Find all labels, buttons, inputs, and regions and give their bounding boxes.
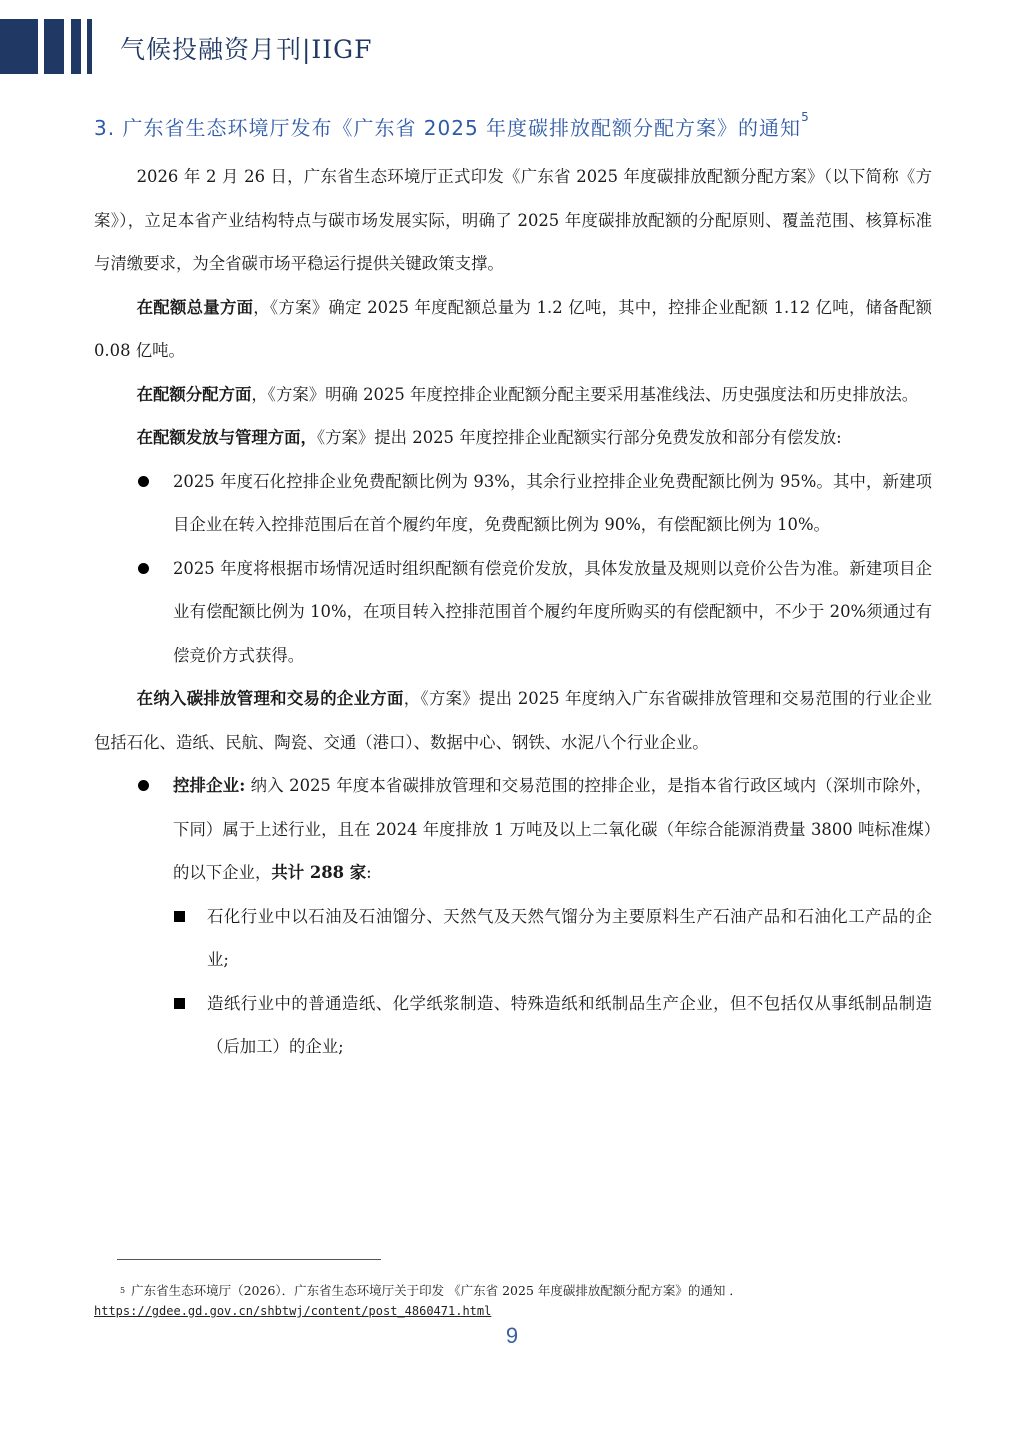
bullet-dot-icon — [138, 780, 149, 791]
issuance-bullet-2: 2025 年度将根据市场情况适时组织配额有偿竞价发放，具体发放量及规则以竞价公告… — [94, 547, 932, 678]
footnote: 5广东省生态环境厅（2026）．广东省生态环境厅关于印发 《广东省 2025 年… — [94, 1281, 934, 1321]
allocation-lead: 在配额分配方面 — [137, 385, 252, 404]
footnote-text: 广东省生态环境厅（2026）．广东省生态环境厅关于印发 《广东省 2025 年度… — [131, 1283, 742, 1298]
logo-bar-2 — [44, 19, 64, 74]
article-body: 2026 年 2 月 26 日，广东省生态环境厅正式印发《广东省 2025 年度… — [94, 155, 932, 1069]
scope-lead: 在纳入碳排放管理和交易的企业方面 — [137, 689, 404, 708]
issuance-bullet-1: 2025 年度石化控排企业免费配额比例为 93%，其余行业控排企业免费配额比例为… — [94, 460, 932, 547]
logo-bar-1 — [0, 19, 38, 74]
footnote-mark: 5 — [120, 1286, 125, 1295]
logo-bar-4 — [87, 19, 92, 74]
total-paragraph: 在配额总量方面，《方案》确定 2025 年度配额总量为 1.2 亿吨，其中，控排… — [94, 286, 932, 373]
sub-item-text: 石化行业中以石油及石油馏分、天然气及天然气馏分为主要原料生产石油产品和石油化工产… — [207, 907, 932, 970]
bullet-dot-icon — [138, 476, 149, 487]
bullet-dot-icon — [138, 563, 149, 574]
allocation-paragraph: 在配额分配方面，《方案》明确 2025 年度控排企业配额分配主要采用基准线法、历… — [94, 373, 932, 417]
section-title: 3. 广东省生态环境厅发布《广东省 2025 年度碳排放配额分配方案》的通知5 — [94, 112, 810, 141]
bullet-text: 2025 年度将根据市场情况适时组织配额有偿竞价发放，具体发放量及规则以竞价公告… — [173, 559, 932, 665]
issuance-body: 《方案》提出 2025 年度控排企业配额实行部分免费发放和部分有偿发放: — [317, 428, 842, 447]
square-bullet-icon — [174, 998, 185, 1009]
header-title: 气候投融资月刊|IIGF — [120, 30, 373, 66]
square-bullet-icon — [174, 911, 185, 922]
controlled-lead: 控排企业: — [173, 776, 245, 795]
controlled-count: 共计 288 家 — [271, 863, 366, 882]
sub-item-text: 造纸行业中的普通造纸、化学纸浆制造、特殊造纸和纸制品生产企业，但不包括仅从事纸制… — [207, 994, 932, 1057]
scope-paragraph: 在纳入碳排放管理和交易的企业方面，《方案》提出 2025 年度纳入广东省碳排放管… — [94, 677, 932, 764]
sub-item-petrochemical: 石化行业中以石油及石油馏分、天然气及天然气馏分为主要原料生产石油产品和石油化工产… — [94, 895, 932, 982]
total-lead: 在配额总量方面 — [137, 298, 254, 317]
footnote-divider — [117, 1259, 381, 1260]
footnote-link[interactable]: https://gdee.gd.gov.cn/shbtwj/content/po… — [94, 1304, 491, 1318]
allocation-body: ，《方案》明确 2025 年度控排企业配额分配主要采用基准线法、历史强度法和历史… — [251, 385, 918, 404]
issuance-lead: 在配额发放与管理方面， — [137, 428, 317, 447]
intro-paragraph: 2026 年 2 月 26 日，广东省生态环境厅正式印发《广东省 2025 年度… — [94, 155, 932, 286]
footnote-ref[interactable]: 5 — [801, 110, 810, 124]
controlled-enterprises-bullet: 控排企业: 纳入 2025 年度本省碳排放管理和交易范围的控排企业，是指本省行政… — [94, 764, 932, 895]
controlled-tail: : — [366, 863, 372, 882]
page-number: 9 — [0, 1323, 1024, 1349]
sub-item-paper: 造纸行业中的普通造纸、化学纸浆制造、特殊造纸和纸制品生产企业，但不包括仅从事纸制… — [94, 982, 932, 1069]
issuance-paragraph: 在配额发放与管理方面，《方案》提出 2025 年度控排企业配额实行部分免费发放和… — [94, 416, 932, 460]
bullet-text: 2025 年度石化控排企业免费配额比例为 93%，其余行业控排企业免费配额比例为… — [173, 472, 932, 535]
logo-bar-3 — [71, 19, 81, 74]
section-title-text: 3. 广东省生态环境厅发布《广东省 2025 年度碳排放配额分配方案》的通知 — [94, 116, 801, 140]
